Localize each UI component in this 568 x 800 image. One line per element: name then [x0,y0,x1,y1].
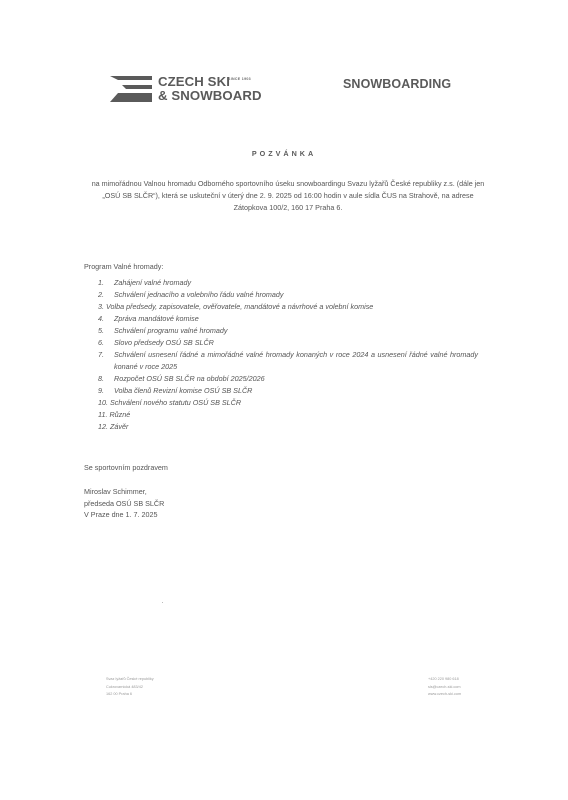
footer-website: www.czech-ski.com [428,691,461,699]
footer-address-line: 162 00 Praha 6 [106,691,154,699]
intro-paragraph: na mimořádnou Valnou hromadu Odborného s… [86,178,490,214]
logo-line-2: & SNOWBOARD [158,89,262,103]
agenda-item: 11. Různé [98,409,478,421]
agenda-item: 1.Zahájení valné hromady [98,277,478,289]
footer-address: Svaz lyžařů České republiky Cukrovarnick… [106,676,154,699]
agenda-item: 12. Závěr [98,421,478,433]
footer-phone: +420 220 980 618 [428,676,461,684]
closing-greeting: Se sportovním pozdravem [84,463,168,472]
agenda-item: 8.Rozpočet OSÚ SB SLČR na období 2025/20… [98,373,478,385]
footer-address-line: Cukrovarnická 483/42 [106,684,154,692]
place-date: V Praze dne 1. 7. 2025 [84,509,164,521]
footer-address-line: Svaz lyžařů České republiky [106,676,154,684]
agenda-list: 1.Zahájení valné hromady 2.Schválení jed… [98,277,478,433]
agenda-item: 9.Volba členů Revizní komise OSÚ SB SLČR [98,385,478,397]
footer-email: sls@czech-ski.com [428,684,461,692]
agenda-item: 4.Zpráva mandátové komise [98,313,478,325]
invitation-page: CZECH SKI & SNOWBOARD SINCE 1903 SNOWBOA… [0,0,568,800]
ski-stripes-logo-icon [110,76,152,102]
footer-contact: +420 220 980 618 sls@czech-ski.com www.c… [428,676,461,699]
document-title: POZVÁNKA [0,149,568,158]
scan-speck [162,602,163,603]
agenda-item: 5.Schválení programu valné hromady [98,325,478,337]
czech-ski-snowboard-logo: CZECH SKI & SNOWBOARD SINCE 1903 [110,76,260,104]
program-heading: Program Valné hromady: [84,262,163,271]
signature-block: Miroslav Schimmer, předseda OSÚ SB SLČR … [84,486,164,521]
agenda-item: 6.Slovo předsedy OSÚ SB SLČR [98,337,478,349]
agenda-item: 10. Schválení nového statutu OSÚ SB SLČR [98,397,478,409]
logo-since: SINCE 1903 [228,77,251,81]
signatory-role: předseda OSÚ SB SLČR [84,498,164,510]
section-brand: SNOWBOARDING [343,77,451,91]
agenda-item: 2.Schválení jednacího a volebního řádu v… [98,289,478,301]
agenda-item: 7.Schválení usnesení řádné a mimořádné v… [98,349,478,373]
signatory-name: Miroslav Schimmer, [84,486,164,498]
agenda-item: 3. Volba předsedy, zapisovatele, ověřova… [98,301,478,313]
